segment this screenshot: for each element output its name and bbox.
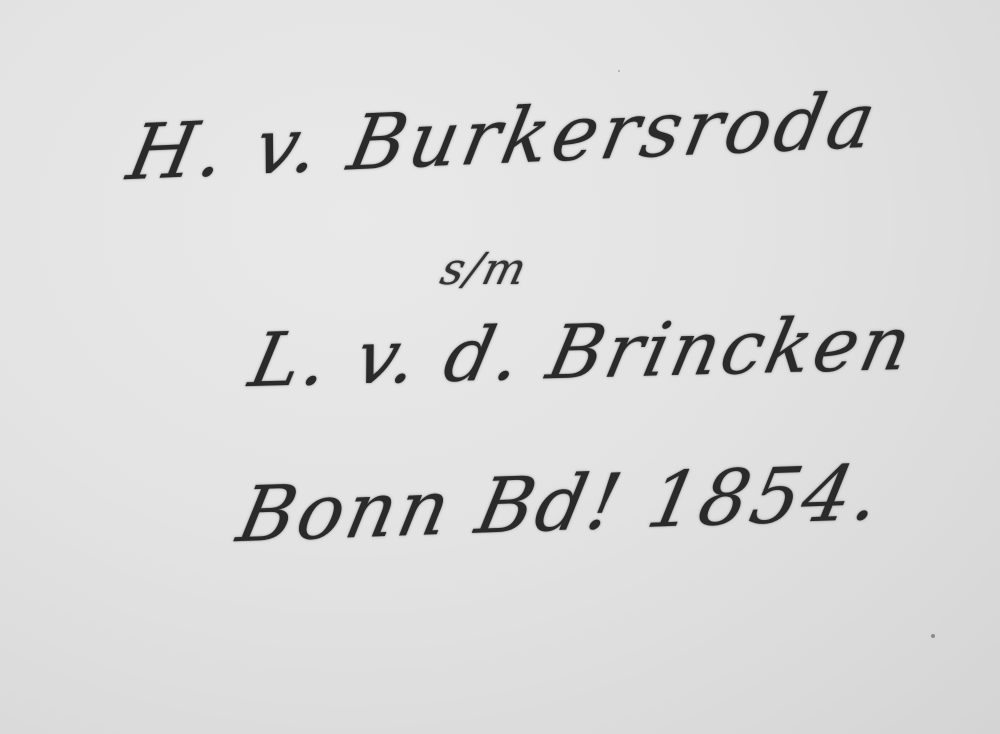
inscription-line-name-1: H. v. Burkersroda: [121, 75, 887, 198]
inscription-line-name-2: L. v. d. Brincken: [242, 300, 921, 404]
surface-speck: [931, 634, 935, 638]
inscription-line-place-date: Bonn Bd! 1854.: [230, 447, 891, 559]
surface-speck-small: [618, 70, 620, 72]
inscription-line-connector: s/m: [436, 244, 534, 295]
porcelain-surface: H. v. Burkersroda s/m L. v. d. Brincken …: [0, 0, 1000, 734]
